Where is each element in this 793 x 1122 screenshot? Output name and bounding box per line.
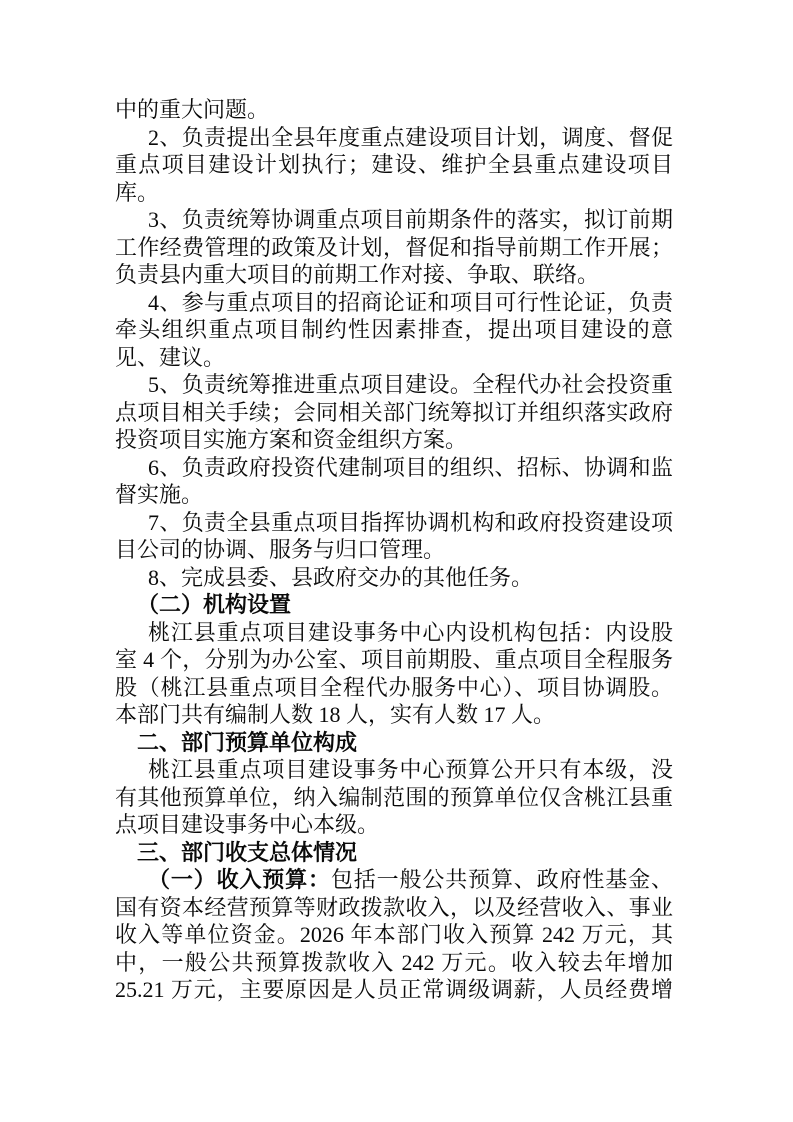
text-line: 点项目相关手续；会同相关部门统筹拟订并组织落实政府 <box>115 399 673 427</box>
document-content: 中的重大问题。2、负责提出全县年度重点建设项目计划，调度、督促重点项目建设计划执… <box>115 96 673 1004</box>
text-line: 目公司的协调、服务与归口管理。 <box>115 536 673 564</box>
text-line: 中，一般公共预算拨款收入 242 万元。收入较去年增加 <box>115 949 673 977</box>
text-line: （一）收入预算：包括一般公共预算、政府性基金、 <box>115 866 673 894</box>
text-line: 6、负责政府投资代建制项目的组织、招标、协调和监 <box>115 454 673 482</box>
text-line: 25.21 万元，主要原因是人员正常调级调薪，人员经费增 <box>115 976 673 1004</box>
text-line: 收入等单位资金。2026 年本部门收入预算 242 万元，其 <box>115 921 673 949</box>
document-page: 中的重大问题。2、负责提出全县年度重点建设项目计划，调度、督促重点项目建设计划执… <box>0 0 793 1122</box>
text-line: 重点项目建设计划执行；建设、维护全县重点建设项目 <box>115 151 673 179</box>
text-line: 负责县内重大项目的前期工作对接、争取、联络。 <box>115 261 673 289</box>
text-line: 桃江县重点项目建设事务中心预算公开只有本级，没 <box>115 756 673 784</box>
text-line: 见、建议。 <box>115 344 673 372</box>
text-line: 桃江县重点项目建设事务中心内设机构包括：内设股 <box>115 619 673 647</box>
text-line: 国有资本经营预算等财政拨款收入，以及经营收入、事业 <box>115 894 673 922</box>
text-line: 中的重大问题。 <box>115 96 673 124</box>
text-line: 4、参与重点项目的招商论证和项目可行性论证，负责 <box>115 289 673 317</box>
paragraph-lead-bold: （一）收入预算： <box>148 867 331 892</box>
text-line: 督实施。 <box>115 481 673 509</box>
text-line: 8、完成县委、县政府交办的其他任务。 <box>115 564 673 592</box>
text-line: 2、负责提出全县年度重点建设项目计划，调度、督促 <box>115 124 673 152</box>
text-line: 点项目建设事务中心本级。 <box>115 811 673 839</box>
text-line: 5、负责统筹推进重点项目建设。全程代办社会投资重 <box>115 371 673 399</box>
text-line: 股（桃江县重点项目全程代办服务中心）、项目协调股。 <box>115 674 673 702</box>
text-line: 本部门共有编制人数 18 人，实有人数 17 人。 <box>115 701 673 729</box>
text-line: 牵头组织重点项目制约性因素排查，提出项目建设的意 <box>115 316 673 344</box>
text-line: 3、负责统筹协调重点项目前期条件的落实，拟订前期 <box>115 206 673 234</box>
text-line: 7、负责全县重点项目指挥协调机构和政府投资建设项 <box>115 509 673 537</box>
text-line: 工作经费管理的政策及计划，督促和指导前期工作开展； <box>115 234 673 262</box>
text-line: 有其他预算单位，纳入编制范围的预算单位仅含桃江县重 <box>115 784 673 812</box>
text-line: 室 4 个，分别为办公室、项目前期股、重点项目全程服务 <box>115 646 673 674</box>
section-heading: 二、部门预算单位构成 <box>115 729 673 757</box>
text-line: 投资项目实施方案和资金组织方案。 <box>115 426 673 454</box>
section-heading: （二）机构设置 <box>115 591 673 619</box>
section-heading: 三、部门收支总体情况 <box>115 839 673 867</box>
text-line: 库。 <box>115 179 673 207</box>
